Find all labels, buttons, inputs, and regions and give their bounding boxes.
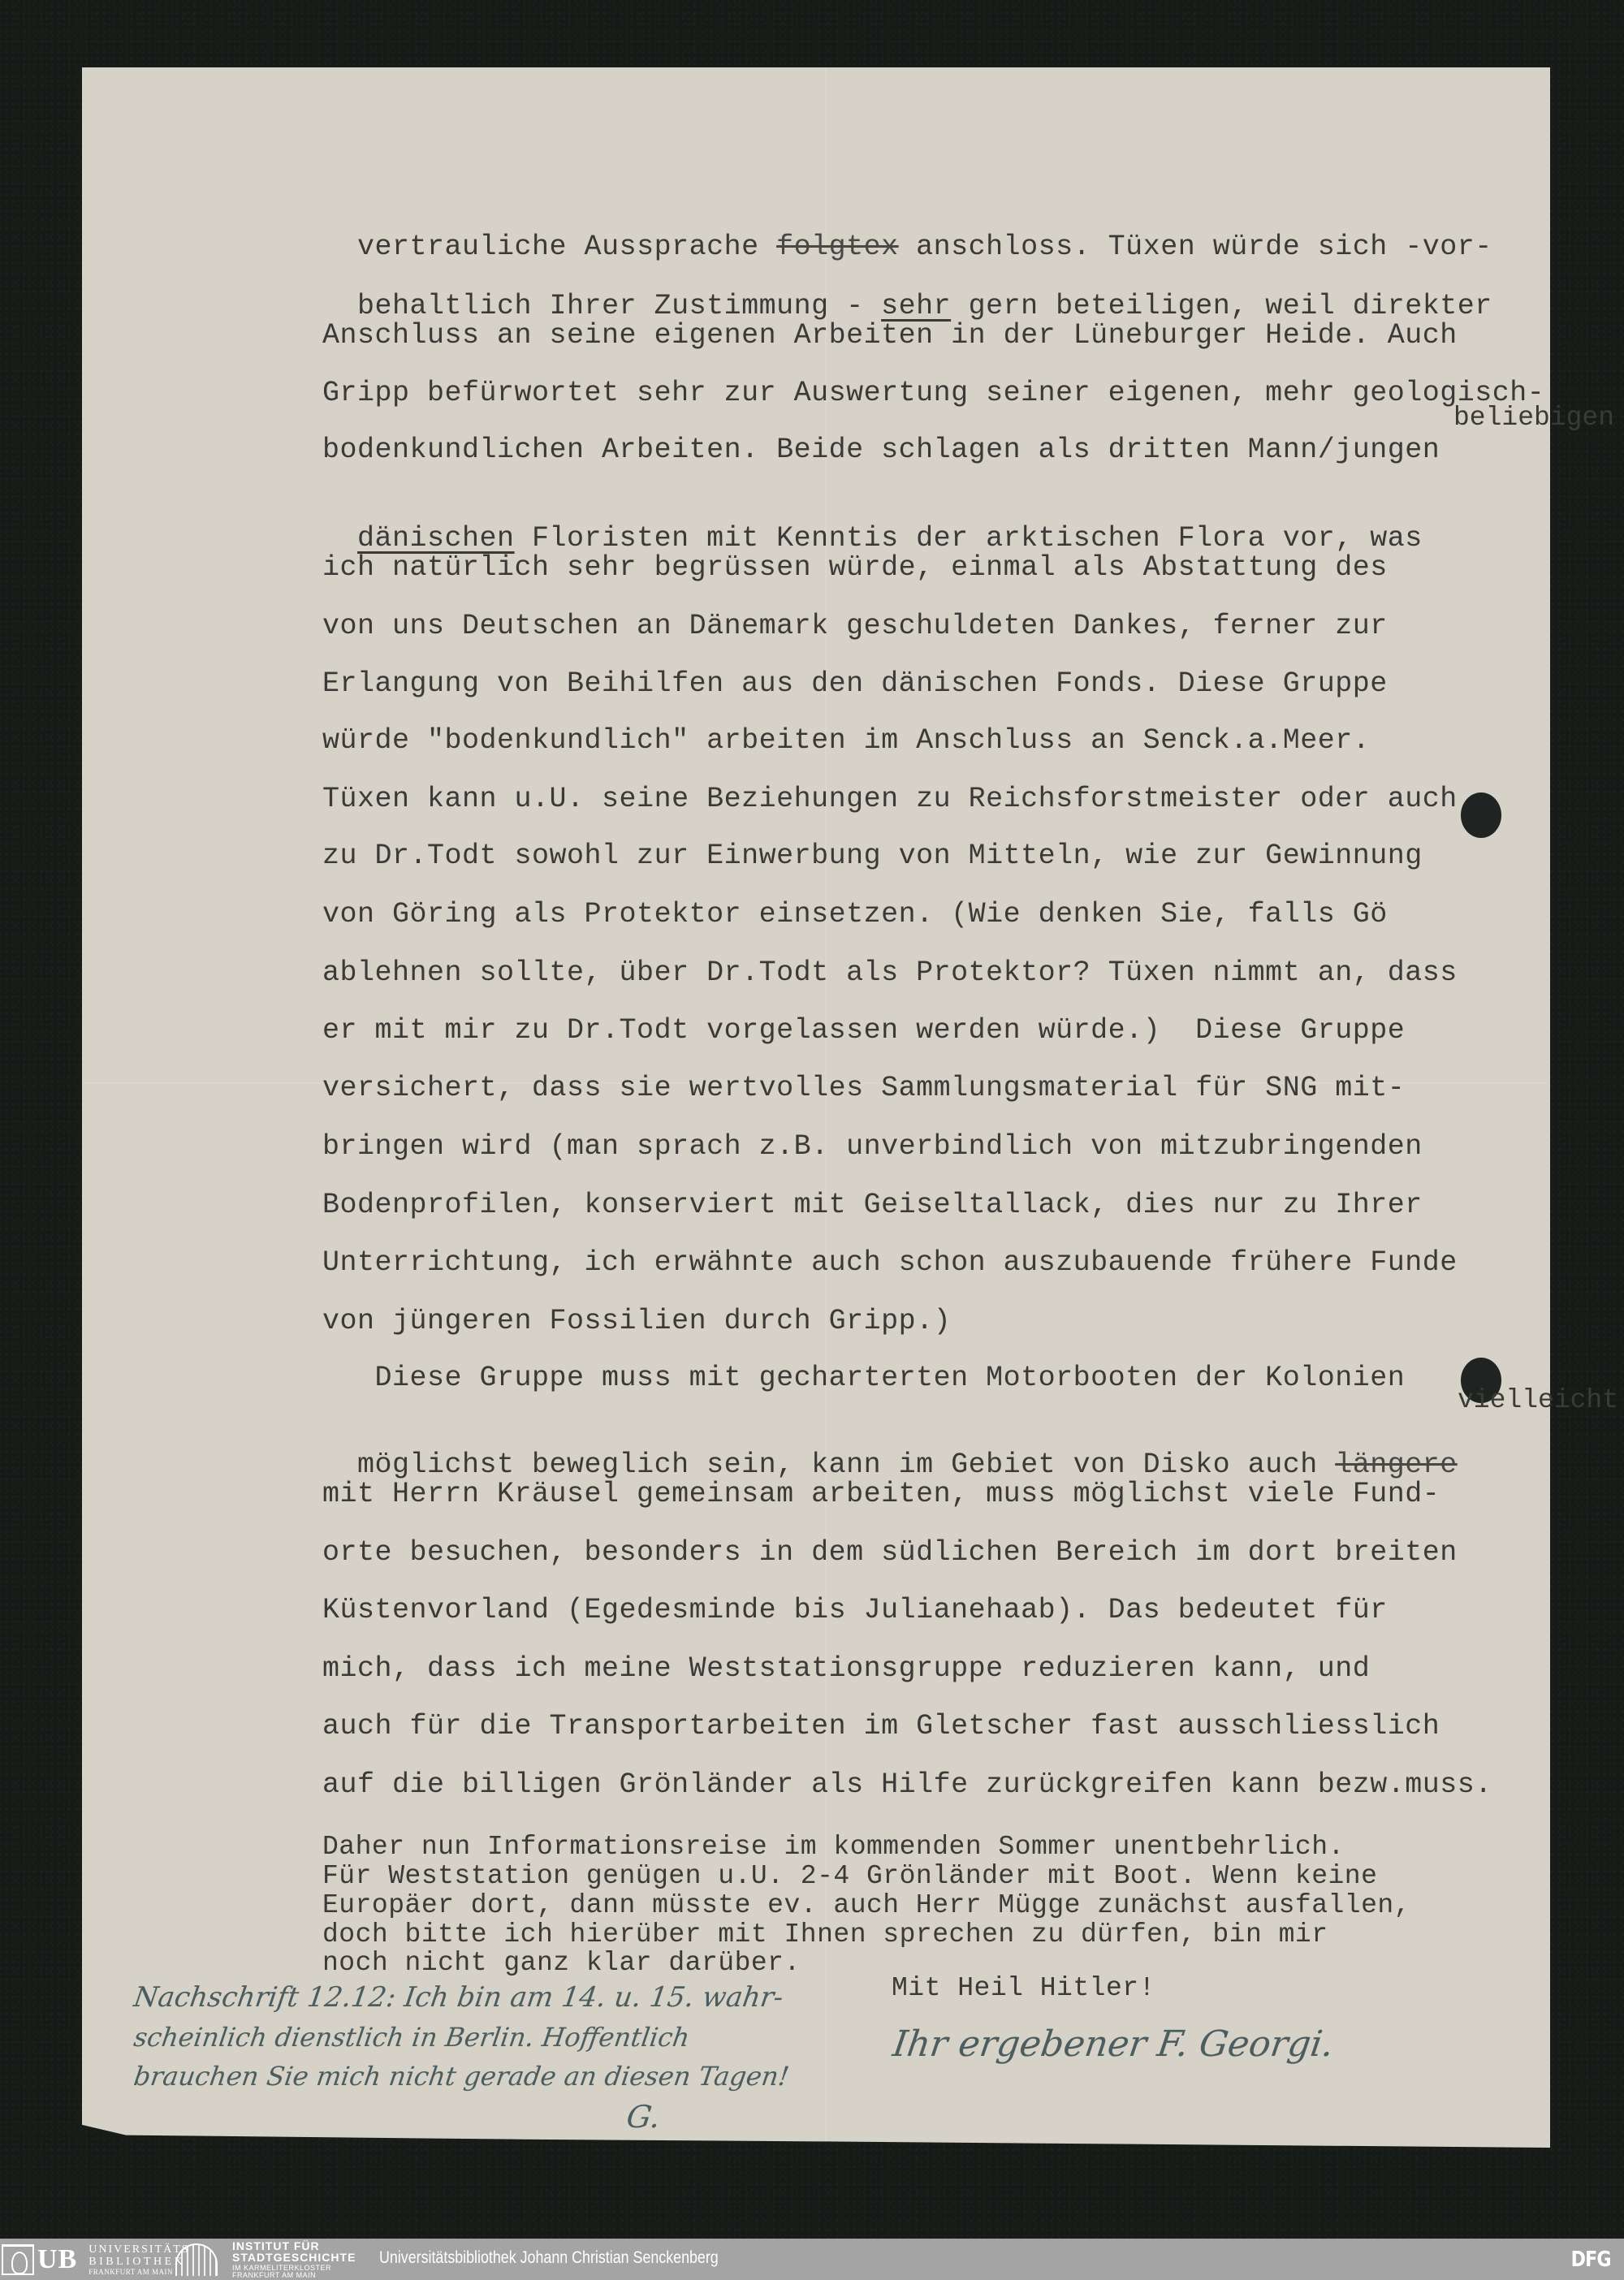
typed-line-22: möglichst beweglich sein, kann im Gebiet…: [322, 1423, 1458, 1479]
typed-line-15: er mit mir zu Dr.Todt vorgelassen werden…: [322, 1017, 1405, 1045]
typed-line-25: Küstenvorland (Egedesminde bis Julianeha…: [322, 1596, 1388, 1625]
closing-salutation: Mit Heil Hitler!: [892, 1975, 1155, 2001]
typed-line-11: Tüxen kann u.U. seine Beziehungen zu Rei…: [322, 785, 1458, 814]
typed-line-8: von uns Deutschen an Dänemark geschuldet…: [322, 612, 1388, 641]
ub-logo-line: FRANKFURT AM MAIN: [89, 2269, 189, 2276]
text-segment: möglichst beweglich sein, kann im Gebiet…: [357, 1449, 1335, 1481]
underlined-word: sehr: [881, 290, 951, 322]
struck-word: längere: [1335, 1449, 1458, 1481]
typed-line-6: dänischen Floristen mit Kenntis der arkt…: [322, 496, 1423, 553]
appended-line-1: Daher nun Informationsreise im kommenden…: [322, 1833, 1345, 1860]
typed-line-23: mit Herrn Kräusel gemeinsam arbeiten, mu…: [322, 1480, 1440, 1509]
ub-emblem-icon: [2, 2244, 34, 2275]
appended-line-2: Für Weststation genügen u.U. 2-4 Grönlän…: [322, 1863, 1377, 1889]
typed-line-12: zu Dr.Todt sowohl zur Einwerbung von Mit…: [322, 842, 1423, 870]
gothic-arch-icon: [175, 2243, 218, 2276]
text-segment: behaltlich Ihrer Zustimmung -: [357, 290, 881, 322]
typed-line-26: mich, dass ich meine Weststationsgruppe …: [322, 1655, 1370, 1683]
typed-line-7: ich natürlich sehr begrüssen würde, einm…: [322, 554, 1388, 582]
text-segment: anschloss. Tüxen würde sich -vor-: [899, 231, 1492, 263]
typed-line-13: von Göring als Protektor einsetzen. (Wie…: [322, 900, 1388, 929]
typed-line-2: behaltlich Ihrer Zustimmung - sehr gern …: [322, 264, 1492, 321]
typed-line-14: ablehnen sollte, über Dr.Todt als Protek…: [322, 959, 1458, 987]
typed-line-3: Anschluss an seine eigenen Arbeiten in d…: [322, 322, 1458, 350]
isg-logo-line: STADTGESCHICHTE: [232, 2252, 356, 2263]
typed-line-1: vertrauliche Aussprache folgtex anschlos…: [322, 205, 1492, 261]
attribution-bar: UB UNIVERSITÄTS BIBLIOTHEK FRANKFURT AM …: [0, 2239, 1624, 2280]
typed-line-27: auch für die Transportarbeiten im Gletsc…: [322, 1712, 1440, 1741]
typed-line-9: Erlangung von Beihilfen aus den dänische…: [322, 670, 1388, 698]
ub-logo-text: UNIVERSITÄTS BIBLIOTHEK FRANKFURT AM MAI…: [89, 2244, 189, 2276]
isg-logo-line: INSTITUT FÜR: [232, 2240, 356, 2252]
typed-line-17: bringen wird (man sprach z.B. unverbindl…: [322, 1133, 1423, 1161]
ub-logo-line: BIBLIOTHEK: [89, 2256, 189, 2268]
institut-stadtgeschichte-logo[interactable]: INSTITUT FÜR STADTGESCHICHTE IM KARMELIT…: [175, 2243, 356, 2276]
typed-line-4: Gripp befürwortet sehr zur Auswertung se…: [322, 379, 1544, 408]
struck-word: folgtex: [776, 231, 899, 263]
text-segment: gern beteiligen, weil direkter: [951, 290, 1492, 322]
ub-frankfurt-logo[interactable]: UB UNIVERSITÄTS BIBLIOTHEK FRANKFURT AM …: [2, 2243, 190, 2276]
postscript-initial: G.: [624, 2099, 663, 2135]
typed-line-28: auf die billigen Grönländer als Hilfe zu…: [322, 1771, 1492, 1799]
postscript-line-3: brauchen Sie mich nicht gerade an diesen…: [132, 2061, 791, 2092]
interlinear-insertion-beliebigen: beliebigen: [1453, 403, 1614, 433]
text-segment: Floristen mit Kenntis der arktischen Flo…: [515, 522, 1423, 555]
ub-logo-line: UNIVERSITÄTS: [89, 2244, 189, 2256]
appended-line-4: doch bitte ich hierüber mit Ihnen sprech…: [322, 1921, 1328, 1948]
typed-line-20: von jüngeren Fossilien durch Gripp.): [322, 1307, 951, 1336]
typed-line-10: würde "bodenkundlich" arbeiten im Anschl…: [322, 727, 1370, 755]
underlined-word: dänischen: [357, 522, 515, 555]
appended-line-5: noch nicht ganz klar darüber.: [322, 1950, 801, 1976]
typed-line-24: orte besuchen, besonders in dem südliche…: [322, 1539, 1458, 1567]
typed-line-5: bodenkundlichen Arbeiten. Beide schlagen…: [322, 436, 1440, 464]
dfg-logo[interactable]: DFG: [1571, 2248, 1611, 2272]
text-segment: vertrauliche Aussprache: [357, 231, 776, 263]
typed-line-16: versichert, dass sie wertvolles Sammlung…: [322, 1074, 1405, 1103]
postscript-line-2: scheinlich dienstlich in Berlin. Hoffent…: [132, 2022, 691, 2053]
appended-line-3: Europäer dort, dann müsste ev. auch Herr…: [322, 1892, 1410, 1919]
postscript-line-1: Nachschrift 12.12: Ich bin am 14. u. 15.…: [132, 1981, 785, 2014]
typed-line-21: Diese Gruppe muss mit gecharterten Motor…: [322, 1364, 1405, 1393]
punch-hole-upper: [1461, 792, 1501, 838]
interlinear-insertion-vielleicht: vielleicht: [1458, 1385, 1618, 1415]
ub-letters: UB: [37, 2244, 77, 2275]
library-name: Universitätsbibliothek Johann Christian …: [379, 2248, 719, 2268]
handwritten-signature: Ihr ergebener F. Georgi.: [890, 2023, 1336, 2065]
typed-line-19: Unterrichtung, ich erwähnte auch schon a…: [322, 1249, 1458, 1277]
typed-line-18: Bodenprofilen, konserviert mit Geiseltal…: [322, 1191, 1423, 1220]
isg-logo-line: FRANKFURT AM MAIN: [232, 2272, 356, 2279]
isg-logo-text: INSTITUT FÜR STADTGESCHICHTE IM KARMELIT…: [232, 2240, 356, 2279]
